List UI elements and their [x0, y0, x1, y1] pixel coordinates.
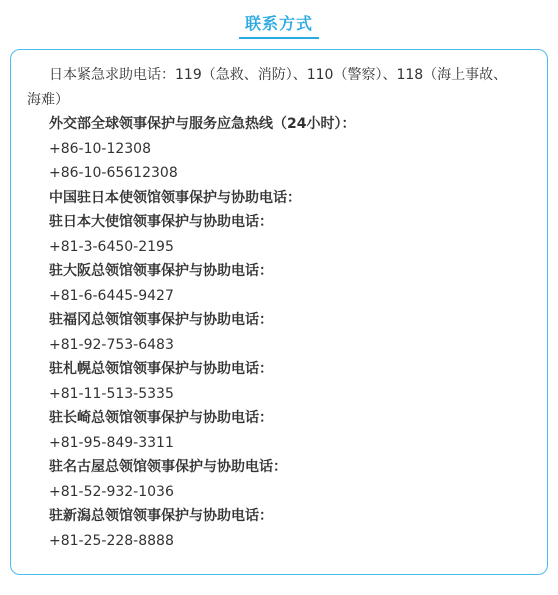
contact-heading: 驻长崎总领馆领事保护与协助电话：	[27, 407, 531, 430]
phone-number: +86-10-65612308	[27, 162, 531, 185]
contact-heading: 外交部全球领事保护与服务应急热线（24小时）：	[27, 113, 531, 136]
contact-info-box: 日本紧急求助电话：119（急救、消防）、110（警察）、118（海上事故、海难）…	[10, 49, 548, 575]
contact-heading: 驻名古屋总领馆领事保护与协助电话：	[27, 456, 531, 479]
phone-number: +81-6-6445-9427	[27, 285, 531, 308]
article-section: 联系方式 日本紧急求助电话：119（急救、消防）、110（警察）、118（海上事…	[0, 0, 558, 595]
phone-number: +81-11-513-5335	[27, 383, 531, 406]
phone-number: +86-10-12308	[27, 138, 531, 161]
phone-number: +81-95-849-3311	[27, 432, 531, 455]
contact-heading: 中国驻日本使领馆领事保护与协助电话：	[27, 187, 531, 210]
contact-text: 日本紧急求助电话：119（急救、消防）、110（警察）、118（海上事故、	[27, 64, 531, 87]
phone-number: +81-52-932-1036	[27, 481, 531, 504]
phone-number: +81-3-6450-2195	[27, 236, 531, 259]
phone-number: +81-25-228-8888	[27, 530, 531, 553]
contact-heading: 驻新潟总领馆领事保护与协助电话：	[27, 505, 531, 528]
contact-heading: 驻日本大使馆领事保护与协助电话：	[27, 211, 531, 234]
contact-heading: 驻札幌总领馆领事保护与协助电话：	[27, 358, 531, 381]
phone-number: +81-92-753-6483	[27, 334, 531, 357]
section-header: 联系方式	[0, 0, 558, 39]
contact-heading: 驻福冈总领馆领事保护与协助电话：	[27, 309, 531, 332]
contact-text: 海难）	[27, 89, 531, 112]
contact-heading: 驻大阪总领馆领事保护与协助电话：	[27, 260, 531, 283]
section-title: 联系方式	[239, 11, 319, 39]
